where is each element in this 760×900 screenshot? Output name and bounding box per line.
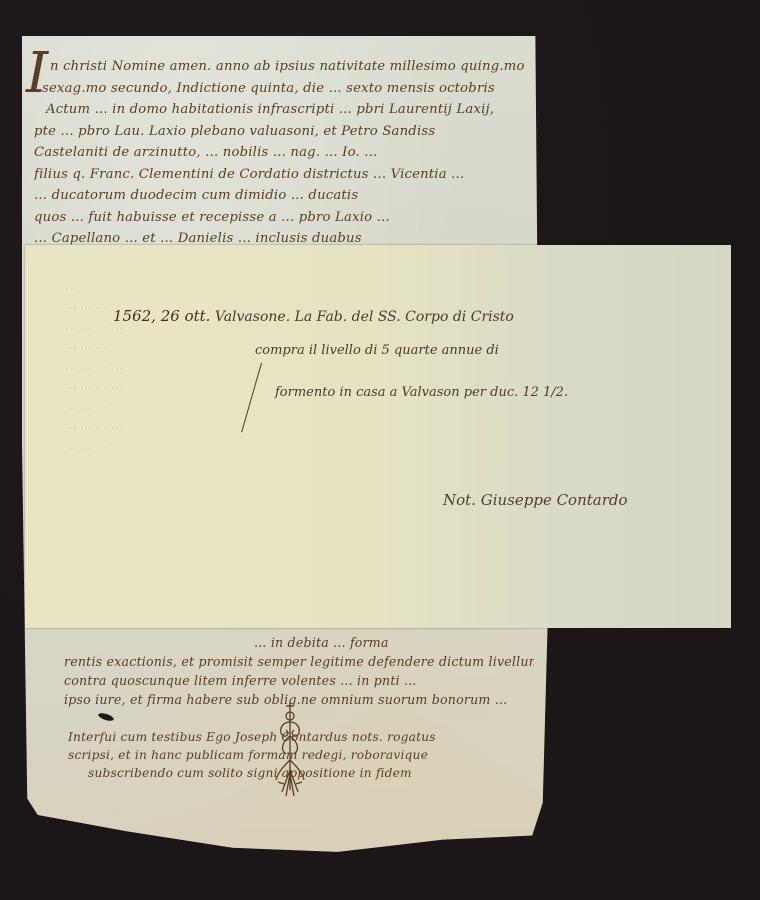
text-line: ... ducatorum duodecim cum dimidio ... d… <box>34 185 524 207</box>
text-line: contra quoscunque litem inferre volentes… <box>64 671 534 690</box>
note-line-1-text: Valvasone. La Fab. del SS. Corpo di Cris… <box>210 309 513 325</box>
bleed-line: ... ... ... ... <box>65 355 345 375</box>
notary-closing-text: Interfui cum testibus Ego Joseph Contard… <box>68 728 538 782</box>
bleed-line: ... ... ... <box>65 435 345 455</box>
notary-signature: Not. Giuseppe Contardo <box>443 491 628 509</box>
note-date: 1562, 26 ott. <box>113 307 210 325</box>
bleed-through-text: ... ... ... ... ... ... ... ... ... ... … <box>65 275 345 455</box>
text-line: Interfui cum testibus Ego Joseph Contard… <box>68 728 538 746</box>
text-line: quos ... fuit habuisse et recepisse a ..… <box>34 207 524 229</box>
overlay-note-paper: ... ... ... ... ... ... ... ... ... ... … <box>25 245 731 628</box>
note-line-3: formento in casa a Valvason per duc. 12 … <box>275 385 568 400</box>
note-line-2: compra il livello di 5 quarte annue di <box>255 343 499 358</box>
text-line: sexag.mo secundo, Indictione quinta, die… <box>34 78 524 100</box>
text-line: n christi Nomine amen. anno ab ipsius na… <box>34 56 524 78</box>
text-line: subscribendo cum solito signi apposition… <box>68 764 538 782</box>
text-line: scripsi, et in hanc publicam formam rede… <box>68 746 538 764</box>
bleed-line: ... ... ... ... <box>65 415 345 435</box>
text-line: Actum ... in domo habitationis infrascri… <box>34 99 524 121</box>
text-line: rentis exactionis, et promisit semper le… <box>64 652 534 671</box>
text-line: filius q. Franc. Clementini de Cordatio … <box>34 164 524 186</box>
text-line: Castelaniti de arzinutto, ... nobilis ..… <box>34 142 524 164</box>
parchment-top-text: n christi Nomine amen. anno ab ipsius na… <box>34 56 524 250</box>
text-line: ... in debita ... forma <box>64 633 534 652</box>
text-line: pte ... pbro Lau. Laxio plebano valuason… <box>34 121 524 143</box>
parchment-bottom-text: ... in debita ... forma rentis exactioni… <box>64 633 534 709</box>
note-line-1: 1562, 26 ott. Valvasone. La Fab. del SS.… <box>113 307 514 325</box>
bleed-line: ... <box>65 275 345 295</box>
